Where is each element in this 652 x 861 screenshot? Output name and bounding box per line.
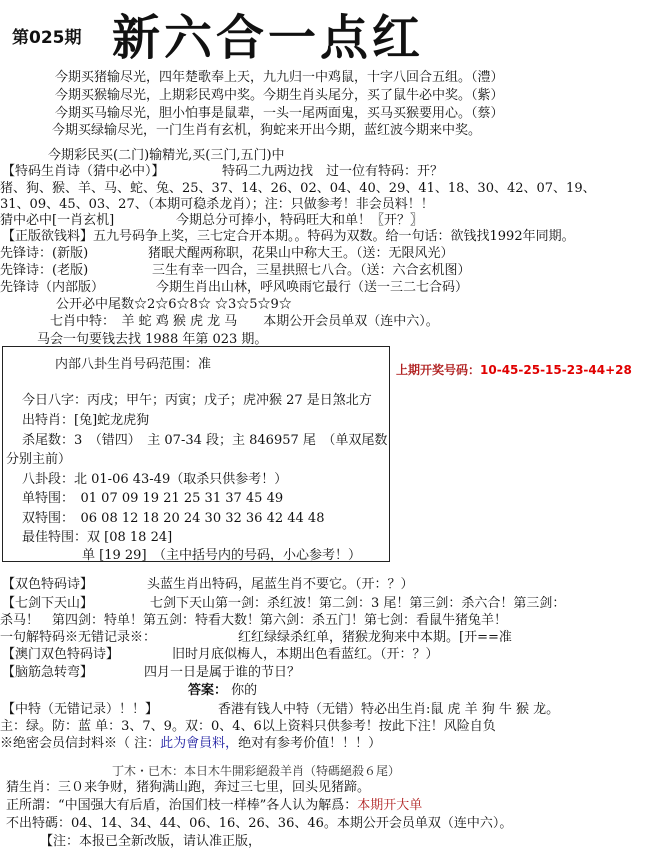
naojin-label: 【脑筋急转弯】 bbox=[2, 665, 93, 681]
zhongte-text: 香港有钱人中特（无错）特必出生肖:鼠 虎 羊 狗 牛 猴 龙。 bbox=[218, 702, 559, 718]
yiju-text: 红红绿绿杀红单，猪猴龙狗来中本期。[开==准 bbox=[238, 630, 512, 646]
best-te-line: 最佳特围：双 [08 18 24] bbox=[22, 530, 172, 546]
zhu-line: 主：绿。防：蓝 单：3、7、9。双：0、4、6以上资料只供参考！按此下注！风险自… bbox=[0, 719, 496, 735]
sha-wei-cont: 分别主前） bbox=[6, 452, 71, 468]
zheng-highlight: 本期开大单 bbox=[357, 798, 422, 813]
xianfeng-label: 先锋诗：(老版) bbox=[0, 263, 88, 279]
naojin-text: 四月一日是属于谁的节日？ bbox=[144, 665, 300, 681]
zheng-line: 正所謂：“中国强大有后盾，治国们枝一样棒”各人认为解爲：本期开大单 bbox=[6, 798, 422, 814]
yiju-label: 一句解特码※无错记录※： bbox=[0, 630, 156, 646]
xianfeng-text: 今期生肖出山林，呼风唤雨它最行（送一三二七合码） bbox=[156, 280, 468, 296]
dan-te-line: 单特围： 01 07 09 19 21 25 31 37 45 49 bbox=[22, 491, 283, 507]
best-dan: [19 29] （主中括号内的号码，小心参考！） bbox=[99, 548, 361, 563]
last-draw-numbers: 10-45-25-15-23-44+28 bbox=[480, 363, 632, 377]
bagua-duan-line: 八卦段：北 01-06 43-49（取杀只供参考！） bbox=[22, 472, 287, 488]
jimi-suffix: 绝对有参考价值！！！） bbox=[238, 736, 381, 751]
best-dan-line: 单 [19 29] （主中括号内的号码，小心参考！） bbox=[82, 548, 361, 564]
seven-zodiac: 七肖中特： 羊 蛇 鸡 猴 虎 龙 马 本期公开会员单双（连中六）。 bbox=[50, 314, 439, 330]
last-draw-label: 上期开奖号码： bbox=[396, 363, 480, 377]
note-line: 【注：本报已全新改版，请认准正版， bbox=[40, 834, 261, 850]
jimi-member-note: 此为會員料， bbox=[160, 736, 238, 751]
sha-wei-line: 杀尾数：3 （错四） 主 07-34 段；主 846957 尾 （单双尾数 bbox=[22, 433, 387, 449]
xianfeng-text: 三生有幸一四合，三星拱照七八合。（送：六合玄机图） bbox=[152, 263, 471, 279]
aomen-text: 旧时月底似梅人，本期出色看蓝红。（开：？） bbox=[172, 647, 439, 663]
numbers-line: 31、09、45、03、27、（本期可稳杀龙肖）；注：只做参考！非会员料！！ bbox=[0, 197, 434, 213]
numbers-line: 猪、狗、猴、羊、马、蛇、兔、25、37、14、26、02、04、40、29、41… bbox=[0, 181, 596, 197]
last-draw: 上期开奖号码：10-45-25-15-23-44+28 bbox=[396, 362, 632, 378]
chu-te-line: 出特肖：[兔]蛇龙虎狗 bbox=[22, 413, 149, 429]
poem-line: 今期买绿输尽光，一门生肖有玄机，狗蛇来开出今期，蓝红波今期来中奖。 bbox=[52, 123, 481, 139]
qijian-label: 【七剑下天山】 bbox=[2, 596, 93, 612]
best-label: 最佳特围：双 bbox=[22, 530, 100, 545]
cai-shengxiao-line: 猜生肖：三０来争财，猪狗满山跑，奔过三七里，回头见猪蹄。 bbox=[6, 780, 370, 796]
issue-number: 第025期 bbox=[12, 30, 82, 46]
door-line: 今期彩民买(二门)输精光,买(三门,五门)中 bbox=[48, 148, 285, 164]
qijian-text-cont: 杀马！ 第四剑：特单！第五剑：特看大数！第六剑：杀五门！第七剑：看鼠牛猪兔羊！ bbox=[0, 613, 507, 629]
shuangse-text: 头蓝生肖出特码，尾蓝生肖不要它。（开：？） bbox=[147, 577, 414, 593]
guess-label: 猜中必中[一肖玄机] bbox=[0, 213, 114, 229]
buchu-line: 不出特碼：04、14、34、44、06、16、26、36、46。本期公开会员单双… bbox=[6, 816, 512, 832]
xianfeng-label: 先锋诗：(新版) bbox=[0, 246, 88, 262]
jimi-prefix: ※绝密会员信封料※（ 注： bbox=[0, 736, 160, 751]
zheng-prefix: 正所謂：“中国强大有后盾，治国们枝一样棒”各人认为解爲： bbox=[6, 798, 357, 813]
best-dan-label: 单 bbox=[82, 548, 95, 563]
zhongte-label: 【中特（无错记录）！！】 bbox=[2, 702, 158, 718]
zodiac-poem-text: 特码二九两边找 过一位有特码：开？ bbox=[222, 164, 443, 180]
bazi-line: 今日八字：丙戌；甲午；丙寅；戊子；虎冲猴 27 是日煞北方 bbox=[22, 393, 372, 409]
dingmu-line: 丁木・已木：本日木牛開彩絕殺羊肖（特碼絕殺６尾） bbox=[112, 763, 400, 779]
tail-numbers: 公开必中尾数☆2☆6☆8☆ ☆3☆5☆9☆ bbox=[56, 297, 292, 313]
answer-line: 答案： 你的 bbox=[188, 683, 257, 699]
aomen-label: 【澳门双色特码诗】 bbox=[2, 647, 119, 663]
poem-line: 今期买马输尽光，胆小怕事是鼠辈，一头一尾两面鬼，买马买猴要用心。（蔡） bbox=[55, 106, 504, 122]
bagua-title: 内部八卦生肖号码范围：准 bbox=[55, 357, 211, 373]
xianfeng-label: 先锋诗（内部版） bbox=[0, 280, 104, 296]
shuangse-label: 【双色特码诗】 bbox=[2, 577, 93, 593]
shuang-te-line: 双特围： 06 08 12 18 20 24 30 32 36 42 44 48 bbox=[22, 511, 324, 527]
answer-text: 你的 bbox=[231, 683, 257, 698]
zhengban-line: 【正版欲钱料】五九号码争上奖，三七定合开本期。。特码为双数。给一句话：欲钱找19… bbox=[2, 229, 575, 245]
zodiac-poem-label: 【特码生肖诗（猜中必中）】 bbox=[2, 164, 165, 180]
best-shuang: [08 18 24] bbox=[104, 530, 172, 545]
jimi-line: ※绝密会员信封料※（ 注：此为會員料，绝对有参考价值！！！） bbox=[0, 736, 381, 752]
poem-line: 今期买猴输尽光，上期彩民鸡中奖。今期生肖头尾分，买了鼠牛必中奖。（紫） bbox=[55, 88, 504, 104]
guess-text: 今期总分可捧小，特码旺大和单！〖开？〗 bbox=[176, 213, 423, 229]
answer-label: 答案： bbox=[188, 683, 227, 698]
poem-line: 今期买猪输尽光，四年楚歌奉上天，九九归一中鸡鼠，十字八回合五组。（澧） bbox=[55, 70, 504, 86]
qijian-text: 七剑下天山第一剑：杀红波！第二剑：3 尾！第三剑：杀六合！第三剑： bbox=[150, 596, 565, 612]
page-title: 新六合一点红 bbox=[112, 10, 424, 66]
xianfeng-text: 猪眠犬醒两称职，花果山中称大王。（送：无限风光） bbox=[148, 246, 454, 262]
